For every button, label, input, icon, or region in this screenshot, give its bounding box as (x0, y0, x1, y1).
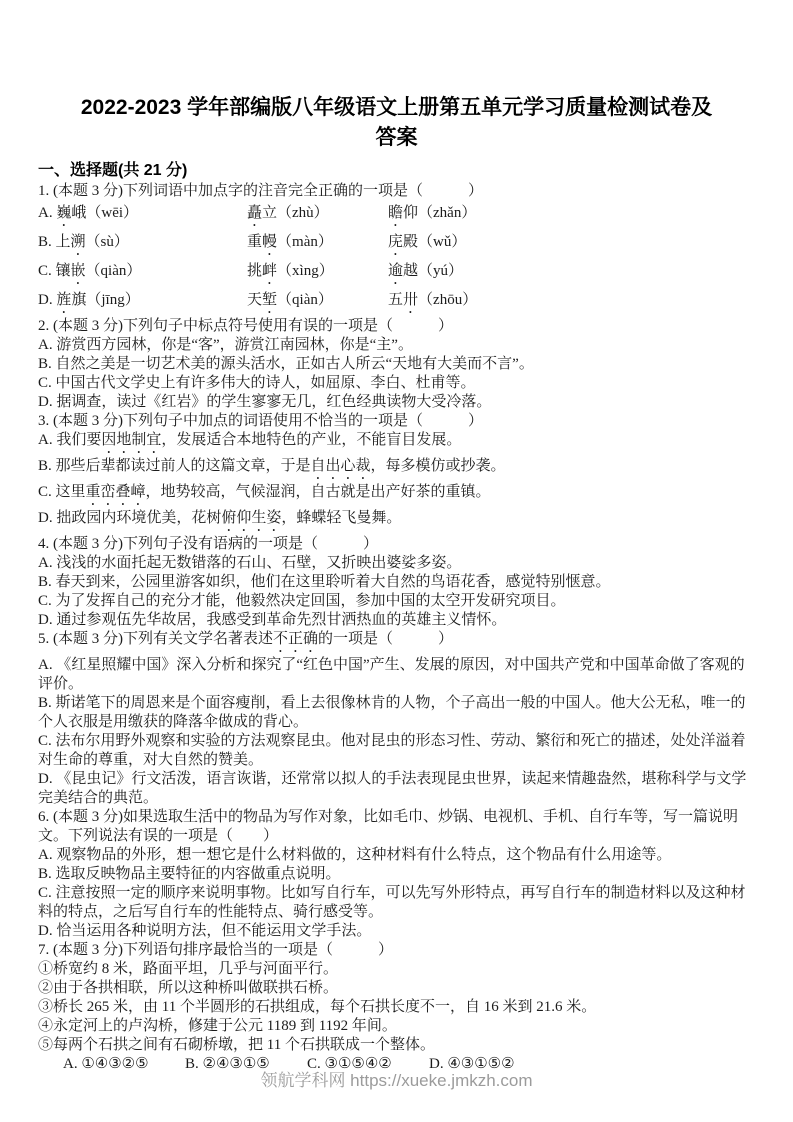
pinyin-option: 重幔（màn） (247, 230, 388, 259)
text-run: （xìng） (277, 263, 334, 279)
emphasized-text: 瞻 (388, 205, 403, 221)
option-line: B. 斯诺笔下的周恩来是个面容瘦削，看上去很像林肯的人物，个子高出一般的中国人。… (38, 694, 755, 732)
text-run: D. 《昆虫记》行文活泼，语言诙谐，还常常以拟人的手法表现昆虫世界，读起来情趣盎… (38, 771, 746, 806)
text-run: ②由于各拱相联，所以这种桥叫做联拱石桥。 (38, 980, 338, 996)
option-line: D. 恰当运用各种说明方法，但不能运用文学手法。 (38, 922, 755, 941)
text-run: D. 据调查，读过《红岩》的学生寥寥无几，红色经典读物大受冷落。 (38, 394, 491, 410)
document-title-line-1: 2022-2023 学年部编版八年级语文上册第五单元学习质量检测试卷及 (38, 93, 755, 123)
emphasized-text: 矗 (247, 205, 262, 221)
option-line: A. 游赏西方园林，你是“客”，游赏江南园林，你是“主”。 (38, 336, 755, 355)
question-stem: 3. (本题 3 分)下列句子中加点的词语使用不恰当的一项是（ ） (38, 412, 755, 431)
pinyin-option: B. 上溯（sù） (38, 230, 247, 259)
pinyin-option-row: A. 巍峨（wēi）矗立（zhù）瞻仰（zhǎn） (38, 201, 755, 230)
numbered-sentence: ④永定河上的卢沟桥，修建于公元 1189 到 1192 年间。 (38, 1017, 755, 1036)
text-run: ③桥长 265 米，由 11 个半圆形的石拱组成，每个石拱长度不一，自 16 米… (38, 999, 596, 1015)
text-run: A. 我们要 (38, 432, 101, 448)
question-1: 1. (本题 3 分)下列词语中加点字的注音完全正确的一项是（ ）A. 巍峨（w… (38, 182, 755, 317)
text-run: C. 镶 (38, 263, 71, 279)
text-run: 3. (本题 3 分)下列句子中加点的词语使用不恰当的一项是（ ） (38, 413, 483, 429)
text-run: D. 恰当运用各种说明方法，但不能运用文学手法。 (38, 923, 371, 939)
text-run: C. 为了发挥自己的充分才能，他毅然决定回国，参加中国的太空开发研究项目。 (38, 593, 566, 609)
option-line: B. 春天到来，公园里游客如织，他们在这里聆听着大自然的鸟语花香，感觉特别惬意。 (38, 573, 755, 592)
text-run: B. 春天到来，公园里游客如织，他们在这里聆听着大自然的鸟语花香，感觉特别惬意。 (38, 574, 611, 590)
text-run: ①桥宽约 8 米，路面平坦，几乎与河面平行。 (38, 961, 338, 977)
question-7: 7. (本题 3 分)下列语句排序最恰当的一项是（ ）①桥宽约 8 米，路面平坦… (38, 941, 755, 1074)
option-line: A. 观察物品的外形，想一想它是什么材料做的，这种材料有什么特点，这个物品有什么… (38, 846, 755, 865)
text-run: A. 游赏西方园林，你是“客”，游赏江南园林，你是“主”。 (38, 337, 413, 353)
option-line: D. 《昆虫记》行文活泼，语言诙谐，还常常以拟人的手法表现昆虫世界，读起来情趣盎… (38, 770, 755, 808)
pinyin-option-row: C. 镶嵌（qiàn）挑衅（xìng）逾越（yú） (38, 259, 755, 288)
emphasized-text: 卅 (403, 292, 418, 308)
question-6: 6. (本题 3 分)如果选取生活中的物品为写作对象，比如毛巾、炒锅、电视机、手… (38, 808, 755, 941)
text-run: （sù） (86, 234, 129, 250)
emphasized-text: 俯仰生姿 (221, 510, 281, 526)
pinyin-option: 矗立（zhù） (247, 201, 388, 230)
option-line: C. 注意按照一定的顺序来说明事物。比如写自行车，可以先写外形特点，再写自行车的… (38, 884, 755, 922)
option-line: A. 我们要因地制宜，发展适合本地特色的产业，不能盲目发展。 (38, 431, 755, 457)
option-line: D. 据调查，读过《红岩》的学生寥寥无几，红色经典读物大受冷落。 (38, 393, 755, 412)
text-run: （qiàn） (277, 292, 333, 308)
emphasized-text: 巍 (56, 205, 71, 221)
text-run: 殿（wǔ） (403, 234, 466, 250)
option-line: C. 这里重峦叠嶂，地势较高，气候湿润，自古就是出产好茶的重镇。 (38, 483, 755, 509)
option-line: A. 浅浅的水面托起无数错落的石山、石壁，又折映出婆娑多姿。 (38, 554, 755, 573)
option-line: C. 法布尔用野外观察和实验的方法观察昆虫。他对昆虫的形态习性、劳动、繁衍和死亡… (38, 732, 755, 770)
pinyin-option-row: B. 上溯（sù）重幔（màn）庑殿（wǔ） (38, 230, 755, 259)
option-line: C. 中国古代文学史上有许多伟大的诗人，如屈原、李白、杜甫等。 (38, 374, 755, 393)
text-run: ，蜂蝶轻飞曼舞。 (281, 510, 401, 526)
pinyin-option-row: D. 旌旗（jīng）天堑（qiàn）五卅（zhōu） (38, 288, 755, 317)
text-run: ，发展适合本地特色的产业，不能盲目发展。 (161, 432, 461, 448)
text-run: ④永定河上的卢沟桥，修建于公元 1189 到 1192 年间。 (38, 1018, 397, 1034)
text-run: D. 通过参观伍先华故居，我感受到革命先烈甘洒热血的英雄主义情怀。 (38, 612, 506, 628)
text-run: 6. (本题 3 分)如果选取生活中的物品为写作对象，比如毛巾、炒锅、电视机、手… (38, 809, 738, 844)
pinyin-option: A. 巍峨（wēi） (38, 201, 247, 230)
text-run: 1. (本题 3 分)下列词语中加点字的注音完全正确的一项是（ ） (38, 183, 483, 199)
question-2: 2. (本题 3 分)下列句子中标点符号使用有误的一项是（ ）A. 游赏西方园林… (38, 317, 755, 412)
text-run: 7. (本题 3 分)下列语句排序最恰当的一项是（ ） (38, 942, 393, 958)
text-run: 2. (本题 3 分)下列句子中标点符号使用有误的一项是（ ） (38, 318, 453, 334)
document-title-line-2: 答案 (38, 123, 755, 153)
option-line: B. 自然之美是一切艺术美的源头活水，正如古人所云“天地有大美而不言”。 (38, 355, 755, 374)
text-run: C. 中国古代文学史上有许多伟大的诗人，如屈原、李白、杜甫等。 (38, 375, 476, 391)
numbered-sentence: ③桥长 265 米，由 11 个半圆形的石拱组成，每个石拱长度不一，自 16 米… (38, 998, 755, 1017)
text-run: 五 (388, 292, 403, 308)
text-run: C. 注意按照一定的顺序来说明事物。比如写自行车，可以先写外形特点，再写自行车的… (38, 885, 746, 920)
footer-watermark: 领航学科网 https://xueke.jmkzh.com (0, 1066, 793, 1091)
text-run: B. 那些后辈都读过前人的这篇文章，于是 (38, 458, 311, 474)
pinyin-option: 五卅（zhōu） (388, 288, 755, 317)
text-run: A. 《红星照耀中国》深入分析和探究了“红色中国”产生、发展的原因，对中国共产党… (38, 657, 745, 692)
text-run: 立（zhù） (262, 205, 329, 221)
question-stem: 2. (本题 3 分)下列句子中标点符号使用有误的一项是（ ） (38, 317, 755, 336)
option-line: B. 那些后辈都读过前人的这篇文章，于是自出心裁，每多模仿或抄袭。 (38, 457, 755, 483)
option-line: B. 选取反映物品主要特征的内容做重点说明。 (38, 865, 755, 884)
text-run: ⑤每两个石拱之间有石砌桥墩，把 11 个石拱联成一个整体。 (38, 1037, 435, 1053)
emphasized-text: 嵌 (71, 263, 86, 279)
question-stem: 4. (本题 3 分)下列句子没有语病的一项是（ ） (38, 535, 755, 554)
question-5: 5. (本题 3 分)下列有关文学名著表述不正确的一项是（ ）A. 《红星照耀中… (38, 630, 755, 808)
text-run: B. 选取反映物品主要特征的内容做重点说明。 (38, 866, 341, 882)
text-run: （qiàn） (86, 263, 142, 279)
question-3: 3. (本题 3 分)下列句子中加点的词语使用不恰当的一项是（ ）A. 我们要因… (38, 412, 755, 535)
text-run: B. 上 (38, 234, 71, 250)
question-4: 4. (本题 3 分)下列句子没有语病的一项是（ ）A. 浅浅的水面托起无数错落… (38, 535, 755, 630)
text-run: 的一项是（ ） (318, 631, 453, 647)
emphasized-text: 逾 (388, 263, 403, 279)
text-run: A. (38, 205, 56, 221)
text-run: 仰（zhǎn） (403, 205, 476, 221)
emphasized-text: 衅 (262, 263, 277, 279)
question-stem: 1. (本题 3 分)下列词语中加点字的注音完全正确的一项是（ ） (38, 182, 755, 201)
text-run: A. 观察物品的外形，想一想它是什么材料做的，这种材料有什么特点，这个物品有什么… (38, 847, 671, 863)
emphasized-text: 庑 (388, 234, 403, 250)
test-paper-page: 2022-2023 学年部编版八年级语文上册第五单元学习质量检测试卷及 答案 一… (0, 0, 793, 1122)
document-title: 2022-2023 学年部编版八年级语文上册第五单元学习质量检测试卷及 答案 (38, 93, 755, 153)
text-run: D. (38, 292, 56, 308)
pinyin-option: D. 旌旗（jīng） (38, 288, 247, 317)
pinyin-option: 挑衅（xìng） (247, 259, 388, 288)
text-run: A. 浅浅的水面托起无数错落的石山、石壁，又折映出婆娑多姿。 (38, 555, 461, 571)
text-run: 5. (本题 3 分)下列有关文学名著表述 (38, 631, 273, 647)
text-run: 旗（jīng） (71, 292, 139, 308)
emphasized-text: 重峦叠嶂 (86, 484, 146, 500)
questions: 1. (本题 3 分)下列词语中加点字的注音完全正确的一项是（ ）A. 巍峨（w… (38, 182, 755, 1074)
text-run: ，地势较高，气候湿润，自古就是出产好茶的重镇。 (146, 484, 491, 500)
emphasized-text: 幔 (262, 234, 277, 250)
emphasized-text: 自出心裁 (311, 458, 371, 474)
text-run: C. 这里 (38, 484, 86, 500)
text-run: 挑 (247, 263, 262, 279)
option-line: A. 《红星照耀中国》深入分析和探究了“红色中国”产生、发展的原因，对中国共产党… (38, 656, 755, 694)
pinyin-option: C. 镶嵌（qiàn） (38, 259, 247, 288)
numbered-sentence: ⑤每两个石拱之间有石砌桥墩，把 11 个石拱联成一个整体。 (38, 1036, 755, 1055)
text-run: （zhōu） (418, 292, 477, 308)
text-run: 4. (本题 3 分)下列句子没有语病的一项是（ ） (38, 536, 378, 552)
pinyin-option: 瞻仰（zhǎn） (388, 201, 755, 230)
emphasized-text: 旌 (56, 292, 71, 308)
text-run: C. 法布尔用野外观察和实验的方法观察昆虫。他对昆虫的形态习性、劳动、繁衍和死亡… (38, 733, 746, 768)
numbered-sentence: ①桥宽约 8 米，路面平坦，几乎与河面平行。 (38, 960, 755, 979)
option-line: D. 拙政园内环境优美，花树俯仰生姿，蜂蝶轻飞曼舞。 (38, 509, 755, 535)
question-stem: 5. (本题 3 分)下列有关文学名著表述不正确的一项是（ ） (38, 630, 755, 656)
emphasized-text: 溯 (71, 234, 86, 250)
question-stem: 6. (本题 3 分)如果选取生活中的物品为写作对象，比如毛巾、炒锅、电视机、手… (38, 808, 755, 846)
question-stem: 7. (本题 3 分)下列语句排序最恰当的一项是（ ） (38, 941, 755, 960)
text-run: 峨（wēi） (71, 205, 138, 221)
pinyin-option: 逾越（yú） (388, 259, 755, 288)
page-content: 2022-2023 学年部编版八年级语文上册第五单元学习质量检测试卷及 答案 一… (0, 0, 793, 1074)
pinyin-option: 天堑（qiàn） (247, 288, 388, 317)
option-line: C. 为了发挥自己的充分才能，他毅然决定回国，参加中国的太空开发研究项目。 (38, 592, 755, 611)
emphasized-text: 不正确 (273, 631, 318, 647)
text-run: D. 拙政园内环境优美，花树 (38, 510, 221, 526)
pinyin-option: 庑殿（wǔ） (388, 230, 755, 259)
option-line: D. 通过参观伍先华故居，我感受到革命先烈甘洒热血的英雄主义情怀。 (38, 611, 755, 630)
emphasized-text: 因地制宜 (101, 432, 161, 448)
text-run: 天 (247, 292, 262, 308)
text-run: （màn） (277, 234, 333, 250)
text-run: B. 斯诺笔下的周恩来是个面容瘦削，看上去很像林肯的人物，个子高出一般的中国人。… (38, 695, 746, 730)
text-run: B. 自然之美是一切艺术美的源头活水，正如古人所云“天地有大美而不言”。 (38, 356, 534, 372)
text-run: 越（yú） (403, 263, 463, 279)
text-run: ，每多模仿或抄袭。 (371, 458, 506, 474)
section-heading: 一、选择题(共 21 分) (38, 160, 755, 182)
emphasized-text: 堑 (262, 292, 277, 308)
text-run: 重 (247, 234, 262, 250)
numbered-sentence: ②由于各拱相联，所以这种桥叫做联拱石桥。 (38, 979, 755, 998)
